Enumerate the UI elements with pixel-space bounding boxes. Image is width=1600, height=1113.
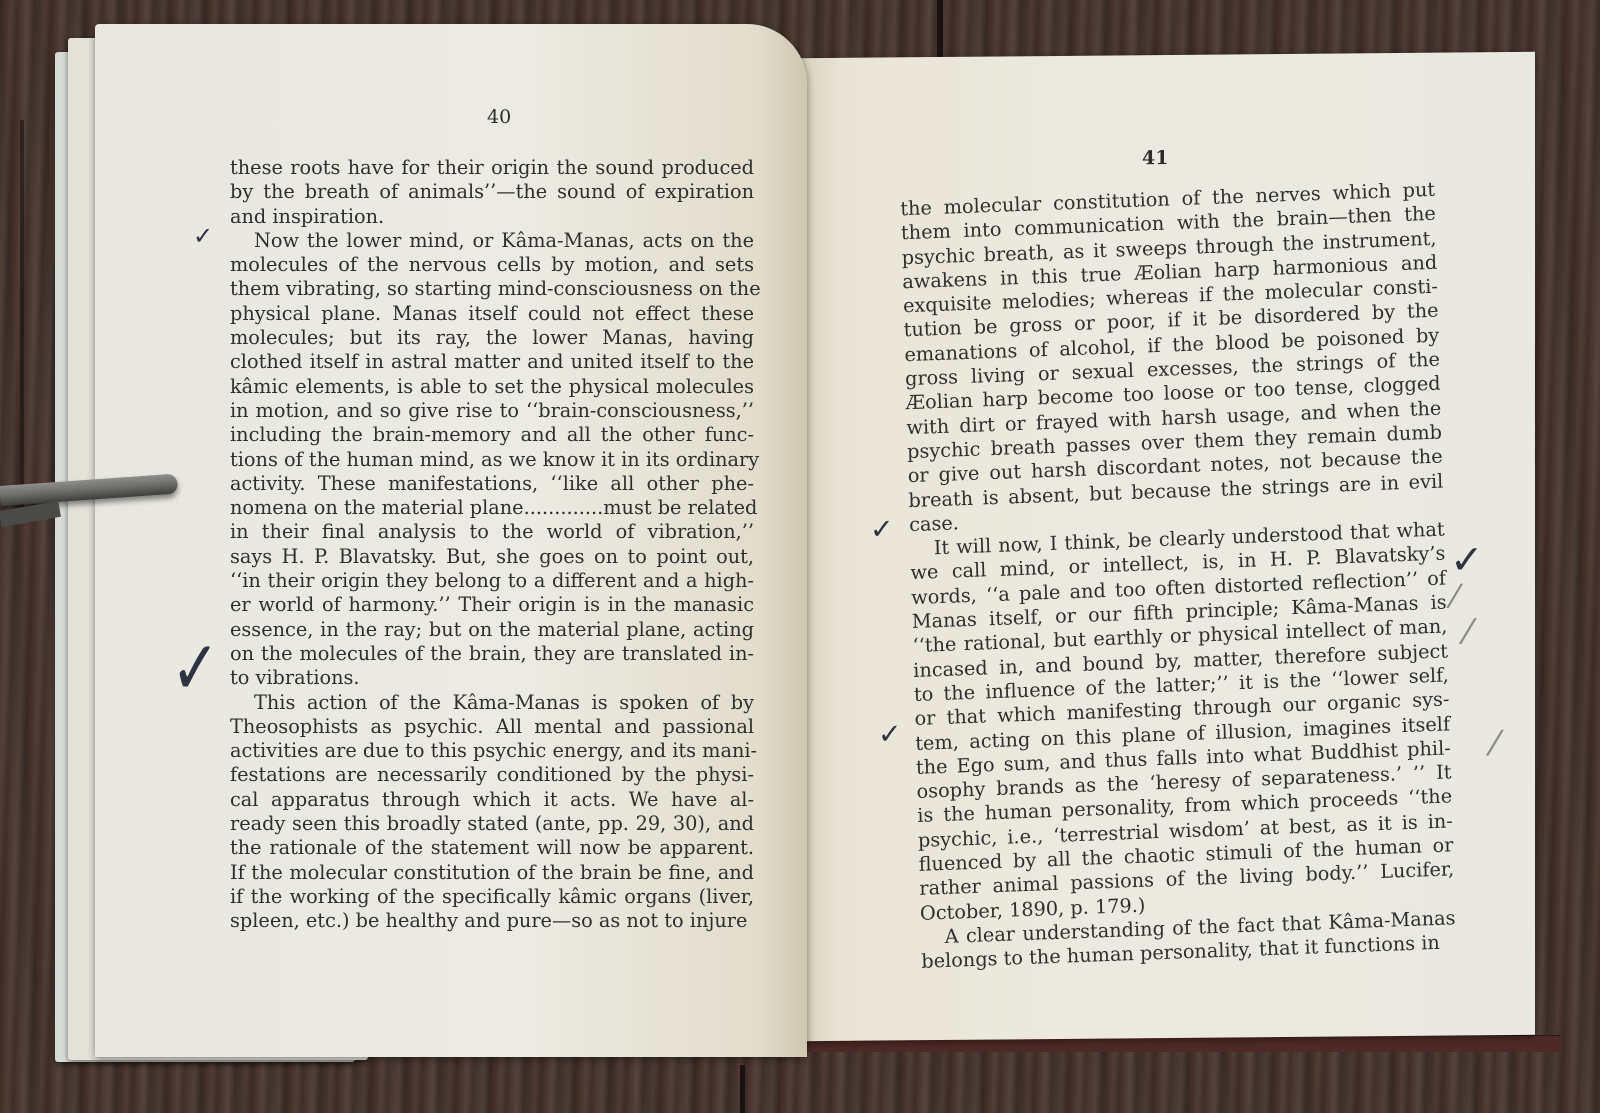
text-line: ready seen this broadly stated (ante, pp…	[230, 812, 754, 836]
text-line: nomena on the material plane............…	[230, 496, 754, 520]
text-line: if the working of the specifically kâmic…	[230, 885, 754, 909]
pencil-tick-icon: ⁄	[1492, 724, 1498, 764]
check-mark-icon: ✓	[870, 512, 893, 545]
text-line: tions of the human mind, as we know it i…	[230, 448, 754, 472]
text-line: in motion, and so give rise to ‘‘brain-c…	[230, 399, 754, 423]
text-line: Theosophists as psychic. All mental and …	[230, 715, 754, 739]
text-line: on the molecules of the brain, they are …	[230, 642, 754, 666]
text-line: ‘‘in their origin they belong to a diffe…	[230, 569, 754, 593]
text-line: molecules of the nervous cells by motion…	[230, 253, 754, 277]
text-line: and inspiration.	[230, 205, 754, 229]
text-line: er world of harmony.’’ Their origin is i…	[230, 593, 754, 617]
text-line: including the brain-memory and all the o…	[230, 423, 754, 447]
text-line: by the breath of animals’’—the sound of …	[230, 180, 754, 204]
text-line: says H. P. Blavatsky. But, she goes on t…	[230, 545, 754, 569]
text-line: spleen, etc.) be healthy and pure—so as …	[230, 909, 754, 933]
text-line: the rationale of the statement will now …	[230, 836, 754, 860]
text-line: these roots have for their origin the so…	[230, 156, 754, 180]
page-number: 41	[1142, 147, 1168, 169]
long-check-mark-icon: ✓	[171, 624, 220, 712]
check-mark-icon: ✓	[878, 717, 901, 750]
text-line: activities are due to this psychic energ…	[230, 739, 754, 763]
text-line: physical plane. Manas itself could not e…	[230, 302, 754, 326]
pencil-tick-icon: ⁄	[1465, 612, 1471, 652]
text-line: If the molecular constitution of the bra…	[230, 861, 754, 885]
pencil-tick-icon: ⁄	[1452, 577, 1457, 615]
text-line: Now the lower mind, or Kâma-Manas, acts …	[230, 229, 754, 253]
text-line: This action of the Kâma-Manas is spoken …	[230, 691, 754, 715]
text-line: essence, in the ray; but on the material…	[230, 618, 754, 642]
left-page-text: these roots have for their origin the so…	[230, 156, 754, 934]
text-line: them vibrating, so starting mind-conscio…	[230, 277, 754, 301]
check-mark-icon: ✓	[193, 222, 213, 250]
text-line: kâmic elements, is able to set the physi…	[230, 375, 754, 399]
text-line: clothed itself in astral matter and unit…	[230, 350, 754, 374]
text-line: cal apparatus through which it acts. We …	[230, 788, 754, 812]
wood-crack	[20, 120, 24, 520]
text-line: molecules; but its ray, the lower Manas,…	[230, 326, 754, 350]
text-line: in their final analysis to the world of …	[230, 520, 754, 544]
wood-crack	[740, 1065, 745, 1113]
page-number: 40	[487, 106, 511, 128]
right-page: 41 the molecular constitution of the ner…	[800, 52, 1535, 1041]
text-line: to vibrations.	[230, 666, 754, 690]
text-line: activity. These manifestations, ‘‘like a…	[230, 472, 754, 496]
text-line: festations are necessarily conditioned b…	[230, 763, 754, 787]
left-page: 40 these roots have for their origin the…	[95, 24, 807, 1057]
right-page-text: the molecular constitution of the nerves…	[900, 178, 1457, 975]
